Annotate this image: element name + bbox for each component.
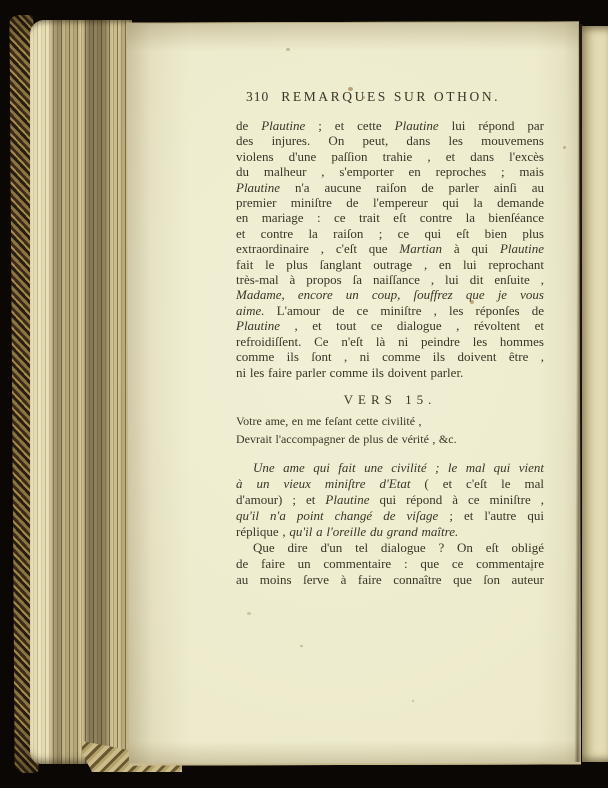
text-segment: extraordinaire , c'eſt que	[236, 241, 399, 256]
text-segment: à qui	[442, 241, 500, 256]
text-segment: lui répond par	[439, 118, 544, 133]
page-edge-stack	[30, 20, 132, 764]
text-segment: d'amour) ; et	[236, 492, 325, 507]
book-photograph: 310REMARQUES SUR OTHON. de Plautine ; et…	[0, 0, 608, 788]
text-segment: Plautine	[236, 318, 280, 333]
text-line: de Plautine ; et cette Plautine lui répo…	[236, 118, 544, 133]
text-segment: n'a aucune raiſon de parler ainſi au	[280, 180, 544, 195]
text-segment: Plautine	[325, 492, 369, 507]
text-line: qu'il n'a point changé de viſage ; et l'…	[236, 508, 544, 524]
text-segment: Plautine	[500, 241, 544, 256]
text-segment: réplique ,	[236, 524, 289, 539]
text-line: extraordinaire , c'eſt que Martian à qui…	[236, 241, 544, 256]
page-number: 310	[246, 89, 269, 104]
text-segment: Devrait l'accompagner de plus de vérité …	[236, 432, 457, 446]
text-segment: premier miniſtre de l'empereur qui la de…	[236, 195, 544, 210]
text-line: Votre ame, en me feſant cette civilité ,	[236, 413, 544, 431]
text-segment: au moins ſerve à faire connaître que ſon…	[236, 572, 544, 587]
text-line: aime. L'amour de ce miniſtre , les répon…	[236, 303, 544, 318]
text-segment: ni les faire parler comme ils doivent pa…	[236, 365, 463, 380]
text-line: Devrait l'accompagner de plus de vérité …	[236, 431, 544, 449]
text-line: très-mal à propos ſa naiſſance , lui dit…	[236, 272, 544, 287]
text-segment: Plautine	[395, 118, 439, 133]
foxing-spot	[300, 645, 303, 647]
facing-page-sliver	[582, 26, 608, 762]
page-top-edges	[34, 20, 580, 27]
text-line: du malheur , s'emporter en reproches ; m…	[236, 164, 544, 179]
text-segment: Votre ame, en me feſant cette civilité ,	[236, 414, 422, 428]
paragraph: Que dire d'un tel dialogue ? On eſt obli…	[236, 540, 544, 588]
text-segment: aime.	[236, 303, 265, 318]
text-line: refroidiſſent. Ce n'eſt là ni peindre le…	[236, 334, 544, 349]
text-line: ni les faire parler comme ils doivent pa…	[236, 365, 544, 380]
text-segment: qu'il n'a point changé de viſage	[236, 508, 438, 523]
paragraph: Une ame qui fait une civilité ; le mal q…	[236, 460, 544, 540]
text-segment: ; et l'autre qui	[438, 508, 544, 523]
text-line: en mariage : ce trait eſt contre la bien…	[236, 210, 544, 225]
text-segment: Une ame qui fait une civilité ; le mal q…	[253, 460, 544, 475]
text-line: réplique , qu'il a l'oreille du grand ma…	[236, 524, 544, 540]
text-segment: Plautine	[236, 180, 280, 195]
text-line: à un vieux miniſtre d'Etat ( et c'eſt le…	[236, 476, 544, 492]
text-segment: fait le plus ſanglant outrage , en lui r…	[236, 257, 544, 272]
vers-heading: VERS 15.	[236, 391, 544, 409]
text-segment: ; et cette	[305, 118, 394, 133]
foxing-spot	[563, 146, 566, 149]
text-segment: Madame, encore un coup, ſouffrez que je …	[236, 287, 544, 302]
text-segment: et contre la raiſon ; ce qui eſt bien pl…	[236, 226, 544, 241]
text-segment: refroidiſſent. Ce n'eſt là ni peindre le…	[236, 334, 544, 349]
text-blocks: de Plautine ; et cette Plautine lui répo…	[236, 118, 544, 588]
text-segment: à un vieux miniſtre d'Etat	[236, 476, 410, 491]
text-line: d'amour) ; et Plautine qui répond à ce m…	[236, 492, 544, 508]
text-segment: du malheur , s'emporter en reproches ; m…	[236, 164, 544, 179]
text-column: 310REMARQUES SUR OTHON. de Plautine ; et…	[236, 86, 544, 588]
text-segment: comme ils ſont , ni comme ils doivent êt…	[236, 349, 544, 364]
text-segment: qui répond à ce miniſtre ,	[369, 492, 544, 507]
text-line: Madame, encore un coup, ſouffrez que je …	[236, 287, 544, 302]
text-segment: Que dire d'un tel dialogue ? On eſt obli…	[253, 540, 544, 555]
text-segment: de	[236, 118, 261, 133]
text-segment: très-mal à propos ſa naiſſance , lui dit…	[236, 272, 544, 287]
foxing-spot	[286, 48, 290, 51]
running-title: REMARQUES SUR OTHON.	[281, 89, 500, 104]
text-segment: , et tout ce dialogue , révoltent et	[280, 318, 544, 333]
paragraph: de Plautine ; et cette Plautine lui répo…	[236, 118, 544, 380]
text-segment: Plautine	[261, 118, 305, 133]
text-line: et contre la raiſon ; ce qui eſt bien pl…	[236, 226, 544, 241]
verse-quote: Votre ame, en me feſant cette civilité ,…	[236, 413, 544, 448]
text-line: de faire un commentaire : que ce comment…	[236, 556, 544, 572]
text-line: Que dire d'un tel dialogue ? On eſt obli…	[236, 540, 544, 556]
text-line: Plautine , et tout ce dialogue , révolte…	[236, 318, 544, 333]
text-segment: de faire un commentaire : que ce comment…	[236, 556, 544, 571]
text-segment: violens d'une paſſion trahie , et dans l…	[236, 149, 544, 164]
text-segment: L'amour de ce miniſtre , les réponſes de	[265, 303, 544, 318]
text-line: des injures. On peut, dans les mouvemens	[236, 133, 544, 148]
text-segment: ( et c'eſt le mal	[410, 476, 544, 491]
text-line: premier miniſtre de l'empereur qui la de…	[236, 195, 544, 210]
text-segment: en mariage : ce trait eſt contre la bien…	[236, 210, 544, 225]
running-head: 310REMARQUES SUR OTHON.	[236, 86, 544, 108]
text-segment: Martian	[399, 241, 442, 256]
text-line: violens d'une paſſion trahie , et dans l…	[236, 149, 544, 164]
text-segment: des injures. On peut, dans les mouvemens	[236, 133, 544, 148]
text-line: au moins ſerve à faire connaître que ſon…	[236, 572, 544, 588]
text-line: Plautine n'a aucune raiſon de parler ain…	[236, 180, 544, 195]
text-segment: qu'il a l'oreille du grand maître.	[289, 524, 458, 539]
text-line: fait le plus ſanglant outrage , en lui r…	[236, 257, 544, 272]
text-line: Une ame qui fait une civilité ; le mal q…	[236, 460, 544, 476]
text-line: comme ils ſont , ni comme ils doivent êt…	[236, 349, 544, 364]
foxing-spot	[412, 700, 414, 702]
foxing-spot	[247, 612, 251, 615]
